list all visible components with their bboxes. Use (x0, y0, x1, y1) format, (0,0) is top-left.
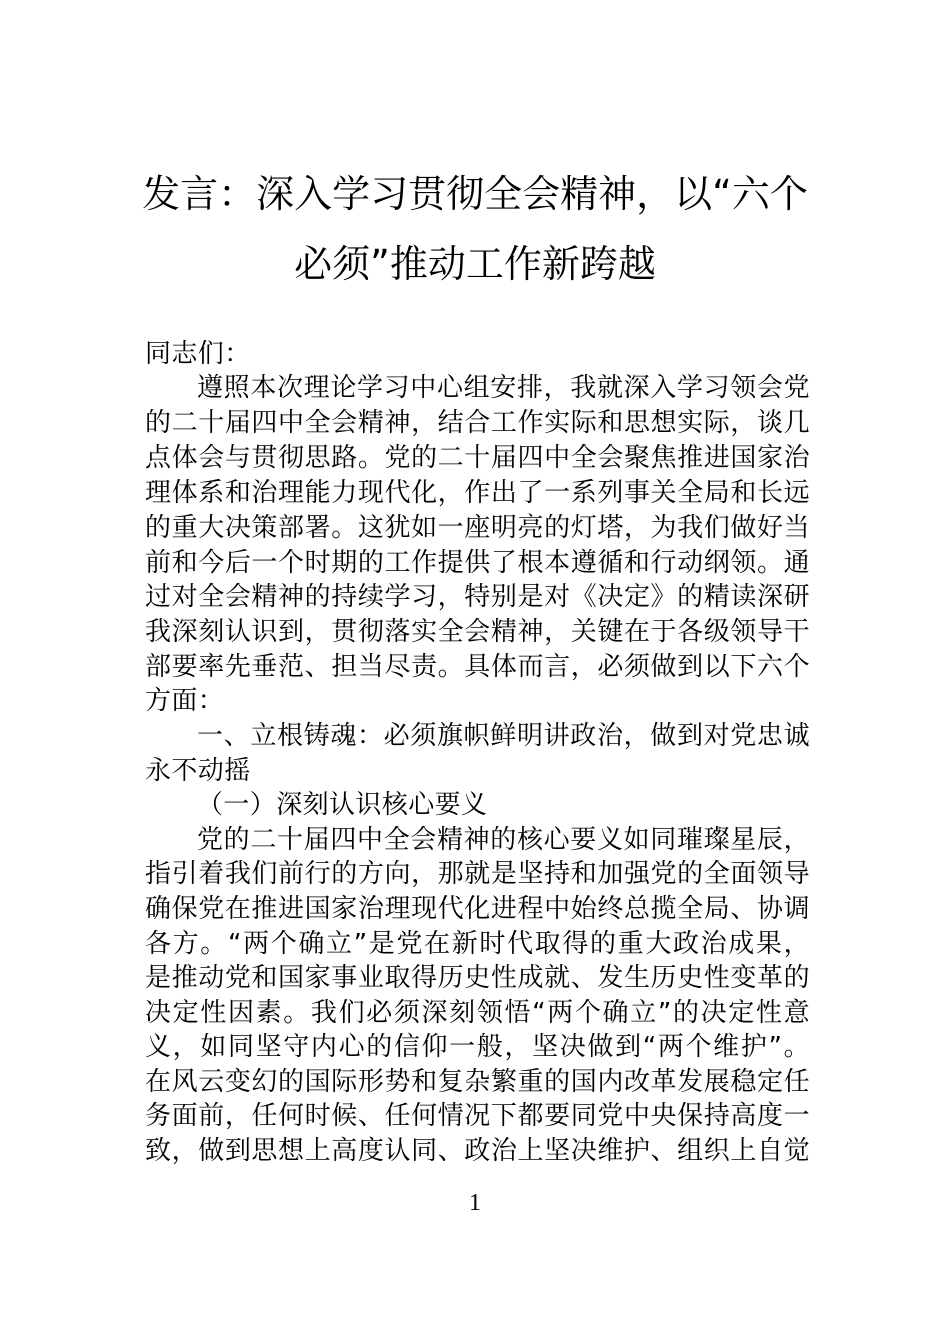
intro-paragraph-line: 部要率先垂范、担当尽责。具体而言，必须做到以下六个 (145, 652, 810, 682)
document-title-line-2: 必须”推动工作新跨越 (0, 242, 950, 286)
body-paragraph-line: 决定性因素。我们必须深刻领悟“两个确立”的决定性意 (145, 998, 810, 1028)
body-paragraph-line: 党的二十届四中全会精神的核心要义如同璀璨星辰， (197, 825, 810, 855)
intro-paragraph-line: 理体系和治理能力现代化，作出了一系列事关全局和长远 (145, 478, 810, 508)
body-paragraph-line: 确保党在推进国家治理现代化进程中始终总揽全局、协调 (145, 894, 810, 924)
body-paragraph-line: 致，做到思想上高度认同、政治上坚决维护、组织上自觉 (145, 1136, 810, 1166)
body-paragraph-line: 义，如同坚守内心的信仰一般，坚决做到“两个维护”。 (145, 1032, 810, 1062)
page-number: 1 (0, 1188, 950, 1218)
intro-paragraph-line: 的重大决策部署。这犹如一座明亮的灯塔，为我们做好当 (145, 513, 810, 543)
body-paragraph-line: 各方。“两个确立”是党在新时代取得的重大政治成果， (145, 929, 810, 959)
subsection-heading: （一）深刻认识核心要义 (197, 790, 862, 820)
body-paragraph-line: 务面前，任何时候、任何情况下都要同党中央保持高度一 (145, 1101, 810, 1131)
intro-paragraph-line: 点体会与贯彻思路。党的二十届四中全会聚焦推进国家治 (145, 443, 810, 473)
intro-paragraph-line: 方面： (145, 686, 810, 716)
body-paragraph-line: 指引着我们前行的方向，那就是坚持和加强党的全面领导 (145, 859, 810, 889)
body-paragraph-line: 在风云变幻的国际形势和复杂繁重的国内改革发展稳定任 (145, 1067, 810, 1097)
intro-paragraph-line: 过对全会精神的持续学习，特别是对《决定》的精读深研 (145, 582, 810, 612)
intro-paragraph-line: 前和今后一个时期的工作提供了根本遵循和行动纲领。通 (145, 548, 810, 578)
intro-paragraph-line: 遵照本次理论学习中心组安排，我就深入学习领会党 (197, 373, 810, 403)
body-paragraph-line: 是推动党和国家事业取得历史性成就、发生历史性变革的 (145, 963, 810, 993)
salutation: 同志们： (145, 339, 810, 369)
section-heading-line: 一、立根铸魂：必须旗帜鲜明讲政治，做到对党忠诚 (197, 721, 810, 751)
document-page: 发言：深入学习贯彻全会精神，以“六个 必须”推动工作新跨越 同志们： 遵照本次理… (0, 0, 950, 1344)
document-title-line-1: 发言：深入学习贯彻全会精神，以“六个 (0, 172, 950, 216)
section-heading-line: 永不动摇 (145, 756, 810, 786)
intro-paragraph-line: 的二十届四中全会精神，结合工作实际和思想实际，谈几 (145, 408, 810, 438)
intro-paragraph-line: 我深刻认识到，贯彻落实全会精神，关键在于各级领导干 (145, 617, 810, 647)
